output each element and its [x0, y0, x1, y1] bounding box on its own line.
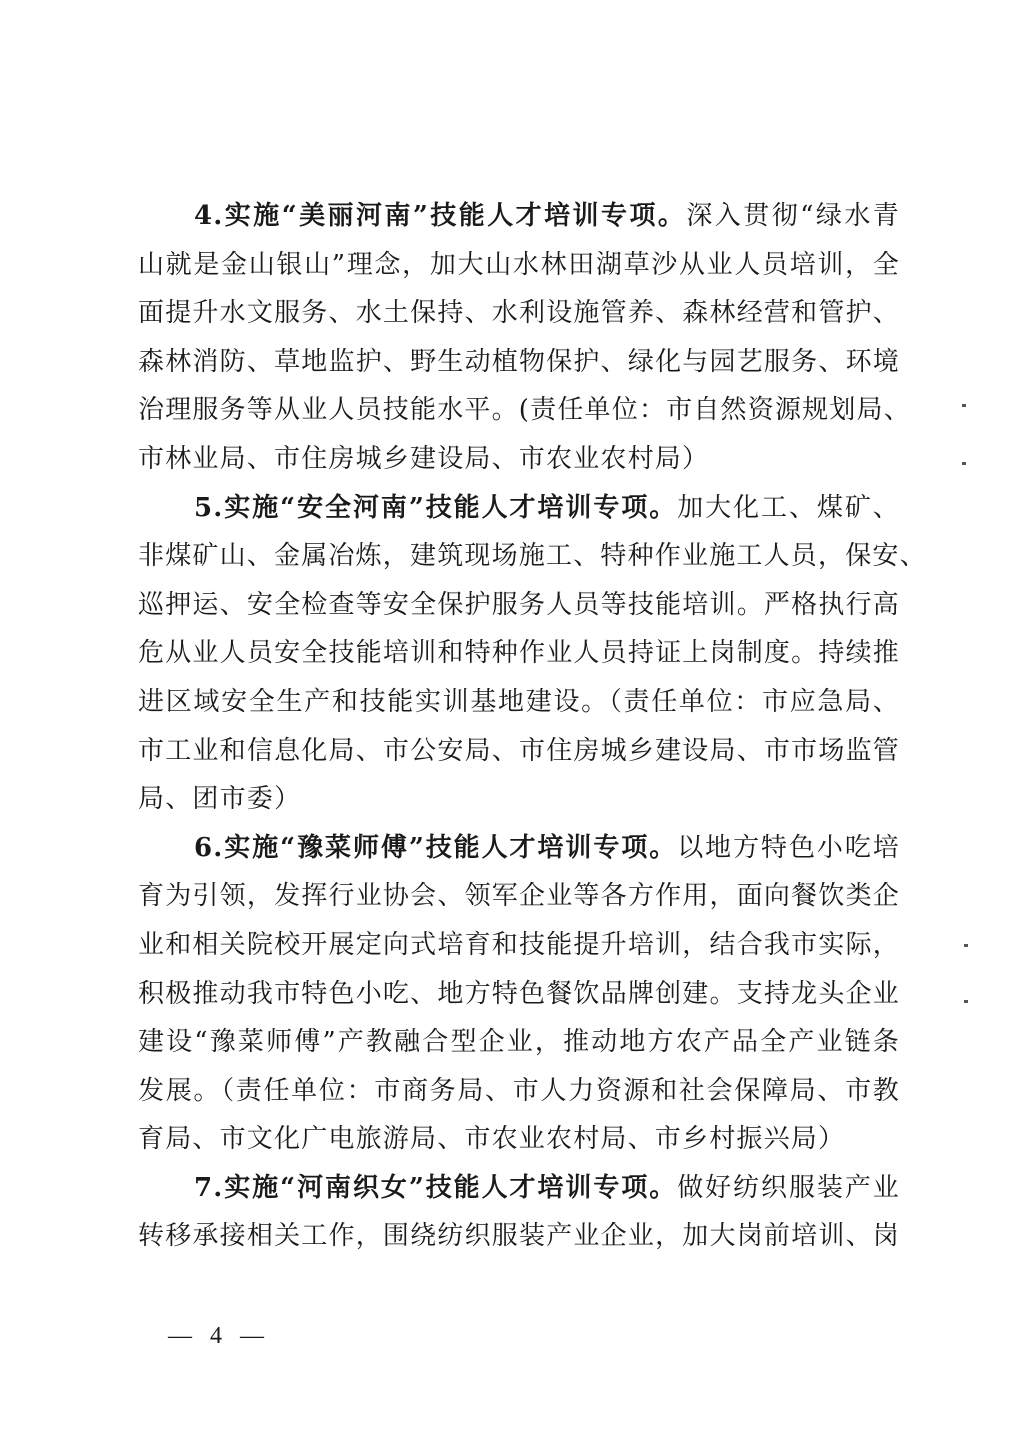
paragraph-7-line-2: 转移承接相关工作，围绕纺织服装产业企业，加大岗前培训、岗 — [138, 1212, 900, 1261]
paragraph-6-line-7: 育局、市文化广电旅游局、市农业农村局、市乡村振兴局） — [138, 1115, 900, 1164]
paragraph-4-line-4: 森林消防、草地监护、野生动植物保护、绿化与园艺服务、环境 — [138, 338, 900, 387]
scan-margin-mark — [964, 1000, 968, 1003]
page-number: — 4 — — [168, 1323, 270, 1350]
paragraph-5-line-1: 5.实施“安全河南”技能人才培训专项。加大化工、煤矿、 — [138, 484, 900, 533]
paragraph-5-line-7: 局、团市委） — [138, 775, 900, 824]
paragraph-5-line-3: 巡押运、安全检查等安全保护服务人员等技能培训。严格执行高 — [138, 581, 900, 630]
scan-margin-mark — [962, 404, 966, 407]
paragraph-6-line-4: 积极推动我市特色小吃、地方特色餐饮品牌创建。支持龙头企业 — [138, 970, 900, 1019]
paragraph-6-line-1: 6.实施“豫菜师傅”技能人才培训专项。以地方特色小吃培 — [138, 824, 900, 873]
paragraph-6-line-3: 业和相关院校开展定向式培育和技能提升培训，结合我市实际， — [138, 921, 900, 970]
paragraph-6-line-2: 育为引领，发挥行业协会、领军企业等各方作用，面向餐饮类企 — [138, 872, 900, 921]
paragraph-6-line-6: 发展。（责任单位：市商务局、市人力资源和社会保障局、市教 — [138, 1067, 900, 1116]
item-4-heading: 4.实施“美丽河南”技能人才培训专项。 — [194, 201, 686, 231]
paragraph-5-line-5: 进区域安全生产和技能实训基地建设。（责任单位：市应急局、 — [138, 678, 900, 727]
item-7-heading: 7.实施“河南织女”技能人才培训专项。 — [194, 1173, 677, 1203]
paragraph-4-line-5: 治理服务等从业人员技能水平。(责任单位：市自然资源规划局、 — [138, 386, 900, 435]
paragraph-4-line-1: 4.实施“美丽河南”技能人才培训专项。深入贯彻“绿水青 — [138, 192, 900, 241]
paragraph-4-line-2: 山就是金山银山”理念，加大山水林田湖草沙从业人员培训，全 — [138, 241, 900, 290]
document-body: 4.实施“美丽河南”技能人才培训专项。深入贯彻“绿水青 山就是金山银山”理念，加… — [138, 192, 900, 1261]
paragraph-5-line-2: 非煤矿山、金属冶炼，建筑现场施工、特种作业施工人员，保安、 — [138, 532, 900, 581]
scan-margin-mark — [964, 944, 968, 947]
paragraph-5-line-4: 危从业人员安全技能培训和特种作业人员持证上岗制度。持续推 — [138, 629, 900, 678]
paragraph-4-line-3: 面提升水文服务、水土保持、水利设施管养、森林经营和管护、 — [138, 289, 900, 338]
scan-margin-mark — [962, 462, 966, 465]
item-6-heading: 6.实施“豫菜师傅”技能人才培训专项。 — [194, 833, 677, 863]
paragraph-7-line-1: 7.实施“河南织女”技能人才培训专项。做好纺织服装产业 — [138, 1164, 900, 1213]
paragraph-6-line-5: 建设“豫菜师傅”产教融合型企业，推动地方农产品全产业链条 — [138, 1018, 900, 1067]
paragraph-4-line-6: 市林业局、市住房城乡建设局、市农业农村局） — [138, 435, 900, 484]
item-5-heading: 5.实施“安全河南”技能人才培训专项。 — [194, 493, 677, 523]
paragraph-5-line-6: 市工业和信息化局、市公安局、市住房城乡建设局、市市场监管 — [138, 727, 900, 776]
